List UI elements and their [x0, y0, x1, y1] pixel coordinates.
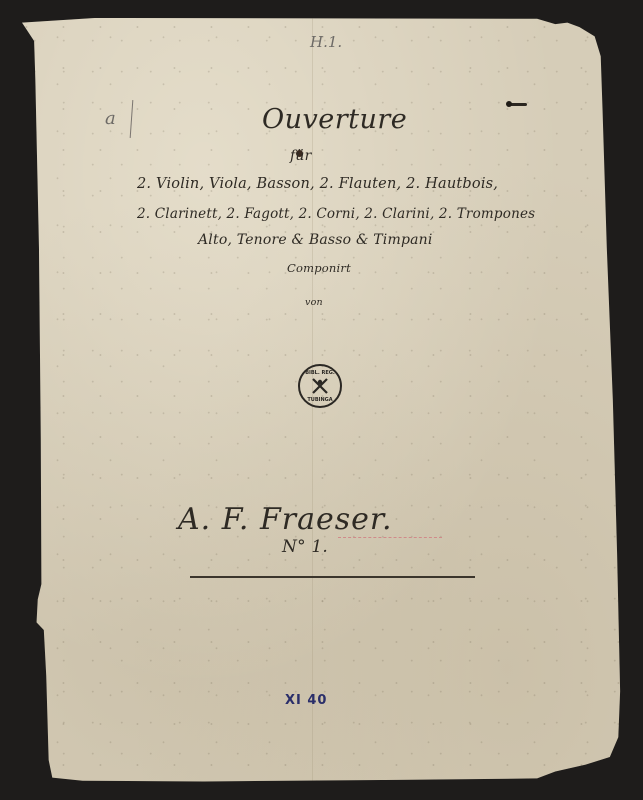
opus-number: N° 1.: [282, 537, 328, 557]
ink-blot-mark: [509, 103, 527, 106]
margin-note: a: [105, 108, 116, 129]
blue-shelf-stamp: XI 40: [285, 693, 327, 708]
instrumentation-line-1: 2. Violin, Viola, Basson, 2. Flauten, 2.…: [137, 176, 498, 192]
von-label: von: [305, 297, 323, 308]
red-pencil-underline: [338, 537, 442, 538]
composer-name: A. F. Fraeser.: [178, 502, 392, 537]
stamp-bottom-text: TUBINGA: [300, 397, 340, 403]
shelfmark: H.1.: [310, 33, 342, 51]
componirt-label: Componirt: [287, 261, 351, 275]
crossed-keys-icon: [310, 376, 330, 396]
page-title: Ouverture: [262, 104, 407, 135]
horizontal-rule: [190, 576, 475, 578]
instrumentation-line-3: Alto, Tenore & Basso & Timpani: [198, 232, 433, 248]
library-stamp: BIBL. REG. TUBINGA: [298, 364, 342, 408]
instrumentation-line-2: 2. Clarinett, 2. Fagott, 2. Corni, 2. Cl…: [137, 206, 535, 222]
for-line: für: [290, 148, 312, 164]
